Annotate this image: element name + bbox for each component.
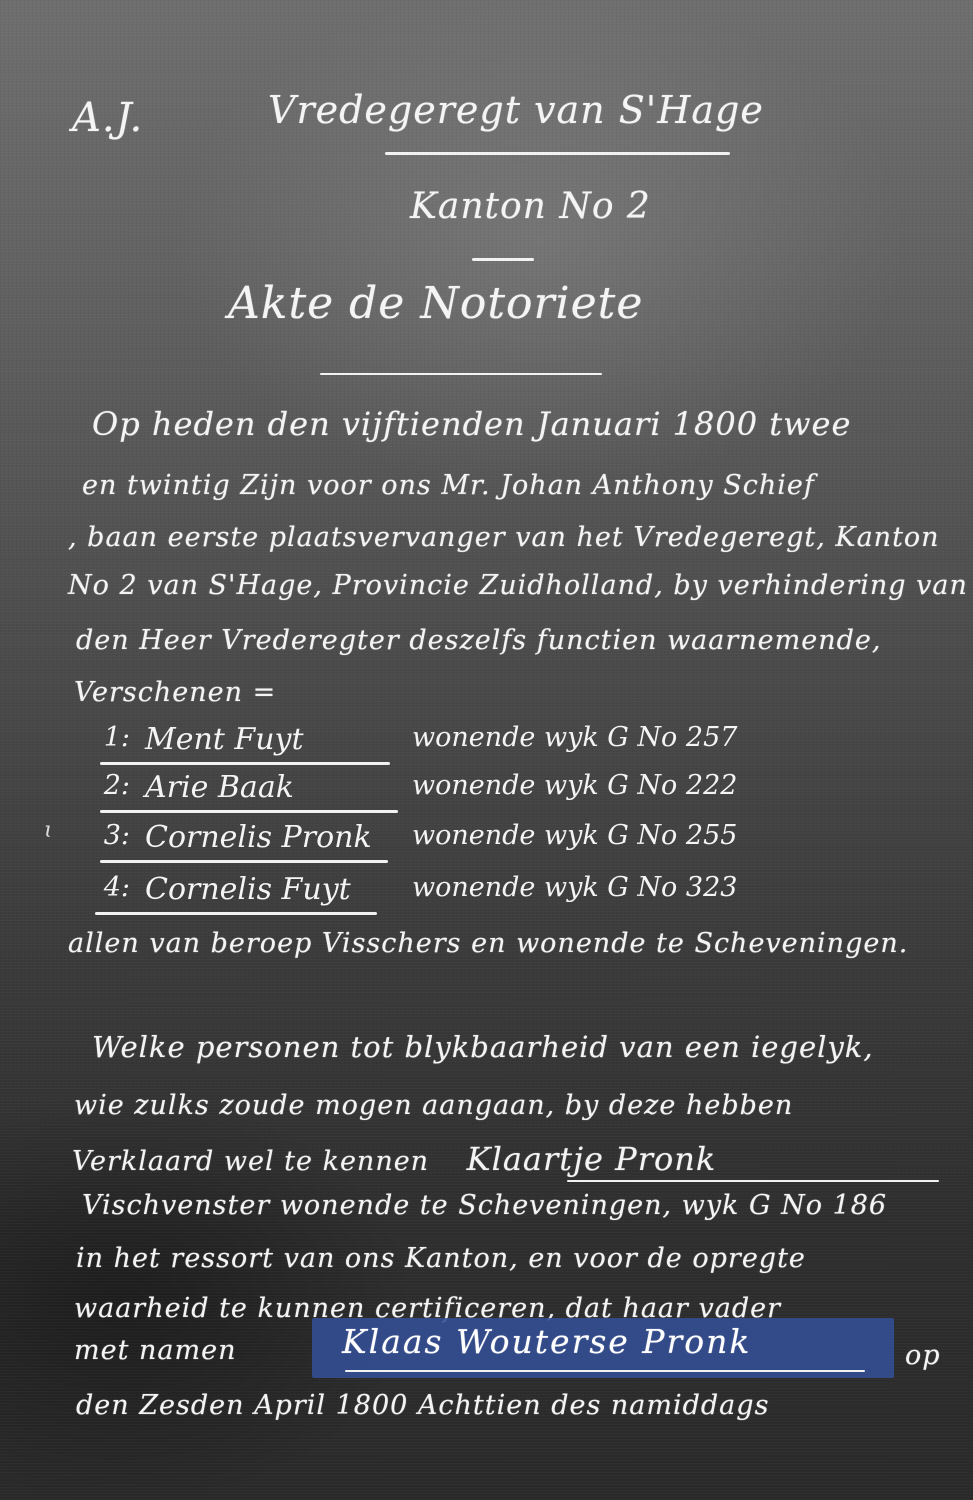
person-name: Cornelis Pronk <box>145 820 372 855</box>
person-number: 3: <box>40 820 130 851</box>
name-underline <box>95 912 377 915</box>
kanton-heading: Kanton No 2 <box>410 186 651 227</box>
person-address: wonende wyk G No 255 <box>412 820 737 851</box>
name-underline <box>100 810 398 813</box>
court-heading: Vredegeregt van S'Hage <box>268 88 764 132</box>
person-number: 2: <box>40 770 130 801</box>
text-line: Verschenen = <box>74 677 276 708</box>
person-name: Ment Fuyt <box>145 722 304 757</box>
father-name-underline <box>345 1370 865 1372</box>
text-line: Welke personen tot blykbaarheid van een … <box>92 1030 874 1064</box>
text-line: met namen <box>74 1335 236 1366</box>
subject-underline <box>567 1180 939 1182</box>
text-fragment: Verklaard wel te kennen <box>72 1146 429 1177</box>
reference-initials: A.J. <box>72 95 143 141</box>
text-line: allen van beroep Visschers en wonende te… <box>68 928 908 959</box>
text-line: Vischvenster wonende te Scheveningen, wy… <box>82 1190 887 1221</box>
text-line: en twintig Zijn voor ons Mr. Johan Antho… <box>82 470 815 501</box>
person-address: wonende wyk G No 257 <box>412 722 737 753</box>
person-name: Cornelis Fuyt <box>145 872 351 907</box>
text-line: , baan eerste plaatsvervanger van het Vr… <box>68 522 940 553</box>
name-underline <box>100 762 390 765</box>
title-underline <box>320 373 602 375</box>
text-line: Op heden den vijftienden Januari 1800 tw… <box>92 405 851 443</box>
highlighted-father-name: Klaas Wouterse Pronk <box>342 1322 751 1361</box>
document-title: Akte de Notoriete <box>228 278 643 329</box>
person-number: 1: <box>40 722 130 753</box>
text-line: den Heer Vrederegter deszelfs functien w… <box>76 625 881 656</box>
kanton-divider <box>472 258 534 261</box>
text-line: in het ressort van ons Kanton, en voor d… <box>76 1243 806 1274</box>
subject-name: Klaartje Pronk <box>467 1140 717 1178</box>
name-underline <box>100 860 388 863</box>
person-address: wonende wyk G No 323 <box>412 872 737 903</box>
text-line: den Zesden April 1800 Achttien des namid… <box>76 1390 769 1421</box>
text-line: Verklaard wel te kennen Klaartje Pronk <box>72 1140 716 1178</box>
heading-underline <box>385 152 730 155</box>
person-name: Arie Baak <box>145 770 294 805</box>
person-address: wonende wyk G No 222 <box>412 770 737 801</box>
text-fragment: op <box>905 1340 941 1371</box>
text-line: No 2 van S'Hage, Provincie Zuidholland, … <box>68 570 968 601</box>
person-number: 4: <box>40 872 130 903</box>
text-line: wie zulks zoude mogen aangaan, by deze h… <box>74 1090 793 1121</box>
document-page: A.J. Vredegeregt van S'Hage Kanton No 2 … <box>0 0 973 1500</box>
